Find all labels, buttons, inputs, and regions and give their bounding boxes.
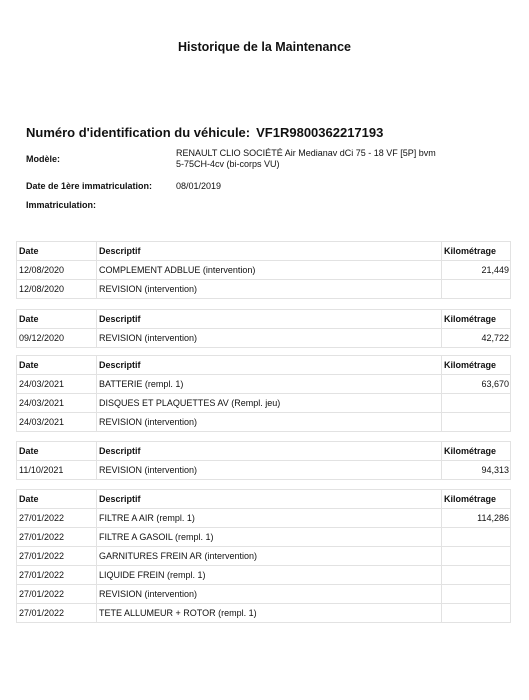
maintenance-table: DateDescriptifKilométrage27/01/2022FILTR…	[16, 489, 511, 623]
cell-description: DISQUES ET PLAQUETTES AV (Rempl. jeu)	[97, 394, 442, 413]
page-title: Historique de la Maintenance	[0, 40, 529, 54]
model-label: Modèle:	[26, 154, 60, 164]
model-line-1: RENAULT CLIO SOCIÉTÉ Air Medianav dCi 75…	[176, 148, 476, 159]
cell-date: 27/01/2022	[17, 547, 97, 566]
table-header-row: DateDescriptifKilométrage	[17, 442, 511, 461]
table-row: 11/10/2021REVISION (intervention)94,313	[17, 461, 511, 480]
cell-mileage: 42,722	[442, 329, 511, 348]
header-description: Descriptif	[97, 442, 442, 461]
cell-date: 24/03/2021	[17, 413, 97, 432]
cell-mileage	[442, 585, 511, 604]
table-row: 24/03/2021DISQUES ET PLAQUETTES AV (Remp…	[17, 394, 511, 413]
header-date: Date	[17, 490, 97, 509]
cell-date: 27/01/2022	[17, 528, 97, 547]
header-date: Date	[17, 310, 97, 329]
cell-date: 27/01/2022	[17, 566, 97, 585]
cell-mileage: 63,670	[442, 375, 511, 394]
table-row: 12/08/2020COMPLEMENT ADBLUE (interventio…	[17, 261, 511, 280]
cell-description: REVISION (intervention)	[97, 280, 442, 299]
cell-description: TETE ALLUMEUR + ROTOR (rempl. 1)	[97, 604, 442, 623]
model-line-2: 5-75CH-4cv (bi-corps VU)	[176, 159, 476, 170]
cell-date: 27/01/2022	[17, 509, 97, 528]
maintenance-table: DateDescriptifKilométrage12/08/2020COMPL…	[16, 241, 511, 299]
cell-mileage	[442, 394, 511, 413]
header-description: Descriptif	[97, 356, 442, 375]
cell-mileage	[442, 413, 511, 432]
cell-description: GARNITURES FREIN AR (intervention)	[97, 547, 442, 566]
first-registration-value: 08/01/2019	[176, 181, 476, 192]
cell-description: LIQUIDE FREIN (rempl. 1)	[97, 566, 442, 585]
cell-mileage	[442, 528, 511, 547]
cell-date: 12/08/2020	[17, 261, 97, 280]
header-mileage: Kilométrage	[442, 242, 511, 261]
vin-label: Numéro d'identification du véhicule:	[26, 125, 250, 140]
cell-description: REVISION (intervention)	[97, 329, 442, 348]
table-header-row: DateDescriptifKilométrage	[17, 490, 511, 509]
cell-description: REVISION (intervention)	[97, 413, 442, 432]
cell-date: 27/01/2022	[17, 604, 97, 623]
cell-mileage	[442, 604, 511, 623]
table-header-row: DateDescriptifKilométrage	[17, 356, 511, 375]
table-header-row: DateDescriptifKilométrage	[17, 242, 511, 261]
table-row: 24/03/2021REVISION (intervention)	[17, 413, 511, 432]
table-row: 27/01/2022FILTRE A AIR (rempl. 1)114,286	[17, 509, 511, 528]
cell-description: FILTRE A GASOIL (rempl. 1)	[97, 528, 442, 547]
cell-mileage	[442, 280, 511, 299]
table-row: 27/01/2022LIQUIDE FREIN (rempl. 1)	[17, 566, 511, 585]
cell-mileage	[442, 566, 511, 585]
table-row: 27/01/2022GARNITURES FREIN AR (intervent…	[17, 547, 511, 566]
header-date: Date	[17, 442, 97, 461]
cell-date: 12/08/2020	[17, 280, 97, 299]
maintenance-table: DateDescriptifKilométrage11/10/2021REVIS…	[16, 441, 511, 480]
cell-date: 11/10/2021	[17, 461, 97, 480]
cell-date: 24/03/2021	[17, 375, 97, 394]
header-description: Descriptif	[97, 242, 442, 261]
vin-heading: Numéro d'identification du véhicule:VF1R…	[26, 125, 383, 140]
table-header-row: DateDescriptifKilométrage	[17, 310, 511, 329]
maintenance-table: DateDescriptifKilométrage09/12/2020REVIS…	[16, 309, 511, 348]
cell-mileage: 21,449	[442, 261, 511, 280]
cell-date: 27/01/2022	[17, 585, 97, 604]
cell-description: COMPLEMENT ADBLUE (intervention)	[97, 261, 442, 280]
table-row: 27/01/2022TETE ALLUMEUR + ROTOR (rempl. …	[17, 604, 511, 623]
cell-mileage: 94,313	[442, 461, 511, 480]
cell-description: FILTRE A AIR (rempl. 1)	[97, 509, 442, 528]
cell-description: REVISION (intervention)	[97, 585, 442, 604]
header-description: Descriptif	[97, 310, 442, 329]
header-mileage: Kilométrage	[442, 356, 511, 375]
table-row: 27/01/2022FILTRE A GASOIL (rempl. 1)	[17, 528, 511, 547]
header-mileage: Kilométrage	[442, 490, 511, 509]
table-row: 27/01/2022REVISION (intervention)	[17, 585, 511, 604]
cell-description: REVISION (intervention)	[97, 461, 442, 480]
cell-mileage	[442, 547, 511, 566]
header-mileage: Kilométrage	[442, 442, 511, 461]
model-value: RENAULT CLIO SOCIÉTÉ Air Medianav dCi 75…	[176, 148, 476, 170]
header-description: Descriptif	[97, 490, 442, 509]
first-registration-label: Date de 1ère immatriculation:	[26, 181, 152, 191]
table-row: 24/03/2021BATTERIE (rempl. 1)63,670	[17, 375, 511, 394]
cell-mileage: 114,286	[442, 509, 511, 528]
table-row: 12/08/2020REVISION (intervention)	[17, 280, 511, 299]
cell-date: 09/12/2020	[17, 329, 97, 348]
header-mileage: Kilométrage	[442, 310, 511, 329]
cell-description: BATTERIE (rempl. 1)	[97, 375, 442, 394]
header-date: Date	[17, 356, 97, 375]
maintenance-table: DateDescriptifKilométrage24/03/2021BATTE…	[16, 355, 511, 432]
cell-date: 24/03/2021	[17, 394, 97, 413]
header-date: Date	[17, 242, 97, 261]
vin-value: VF1R9800362217193	[256, 125, 383, 140]
registration-label: Immatriculation:	[26, 200, 96, 210]
table-row: 09/12/2020REVISION (intervention)42,722	[17, 329, 511, 348]
